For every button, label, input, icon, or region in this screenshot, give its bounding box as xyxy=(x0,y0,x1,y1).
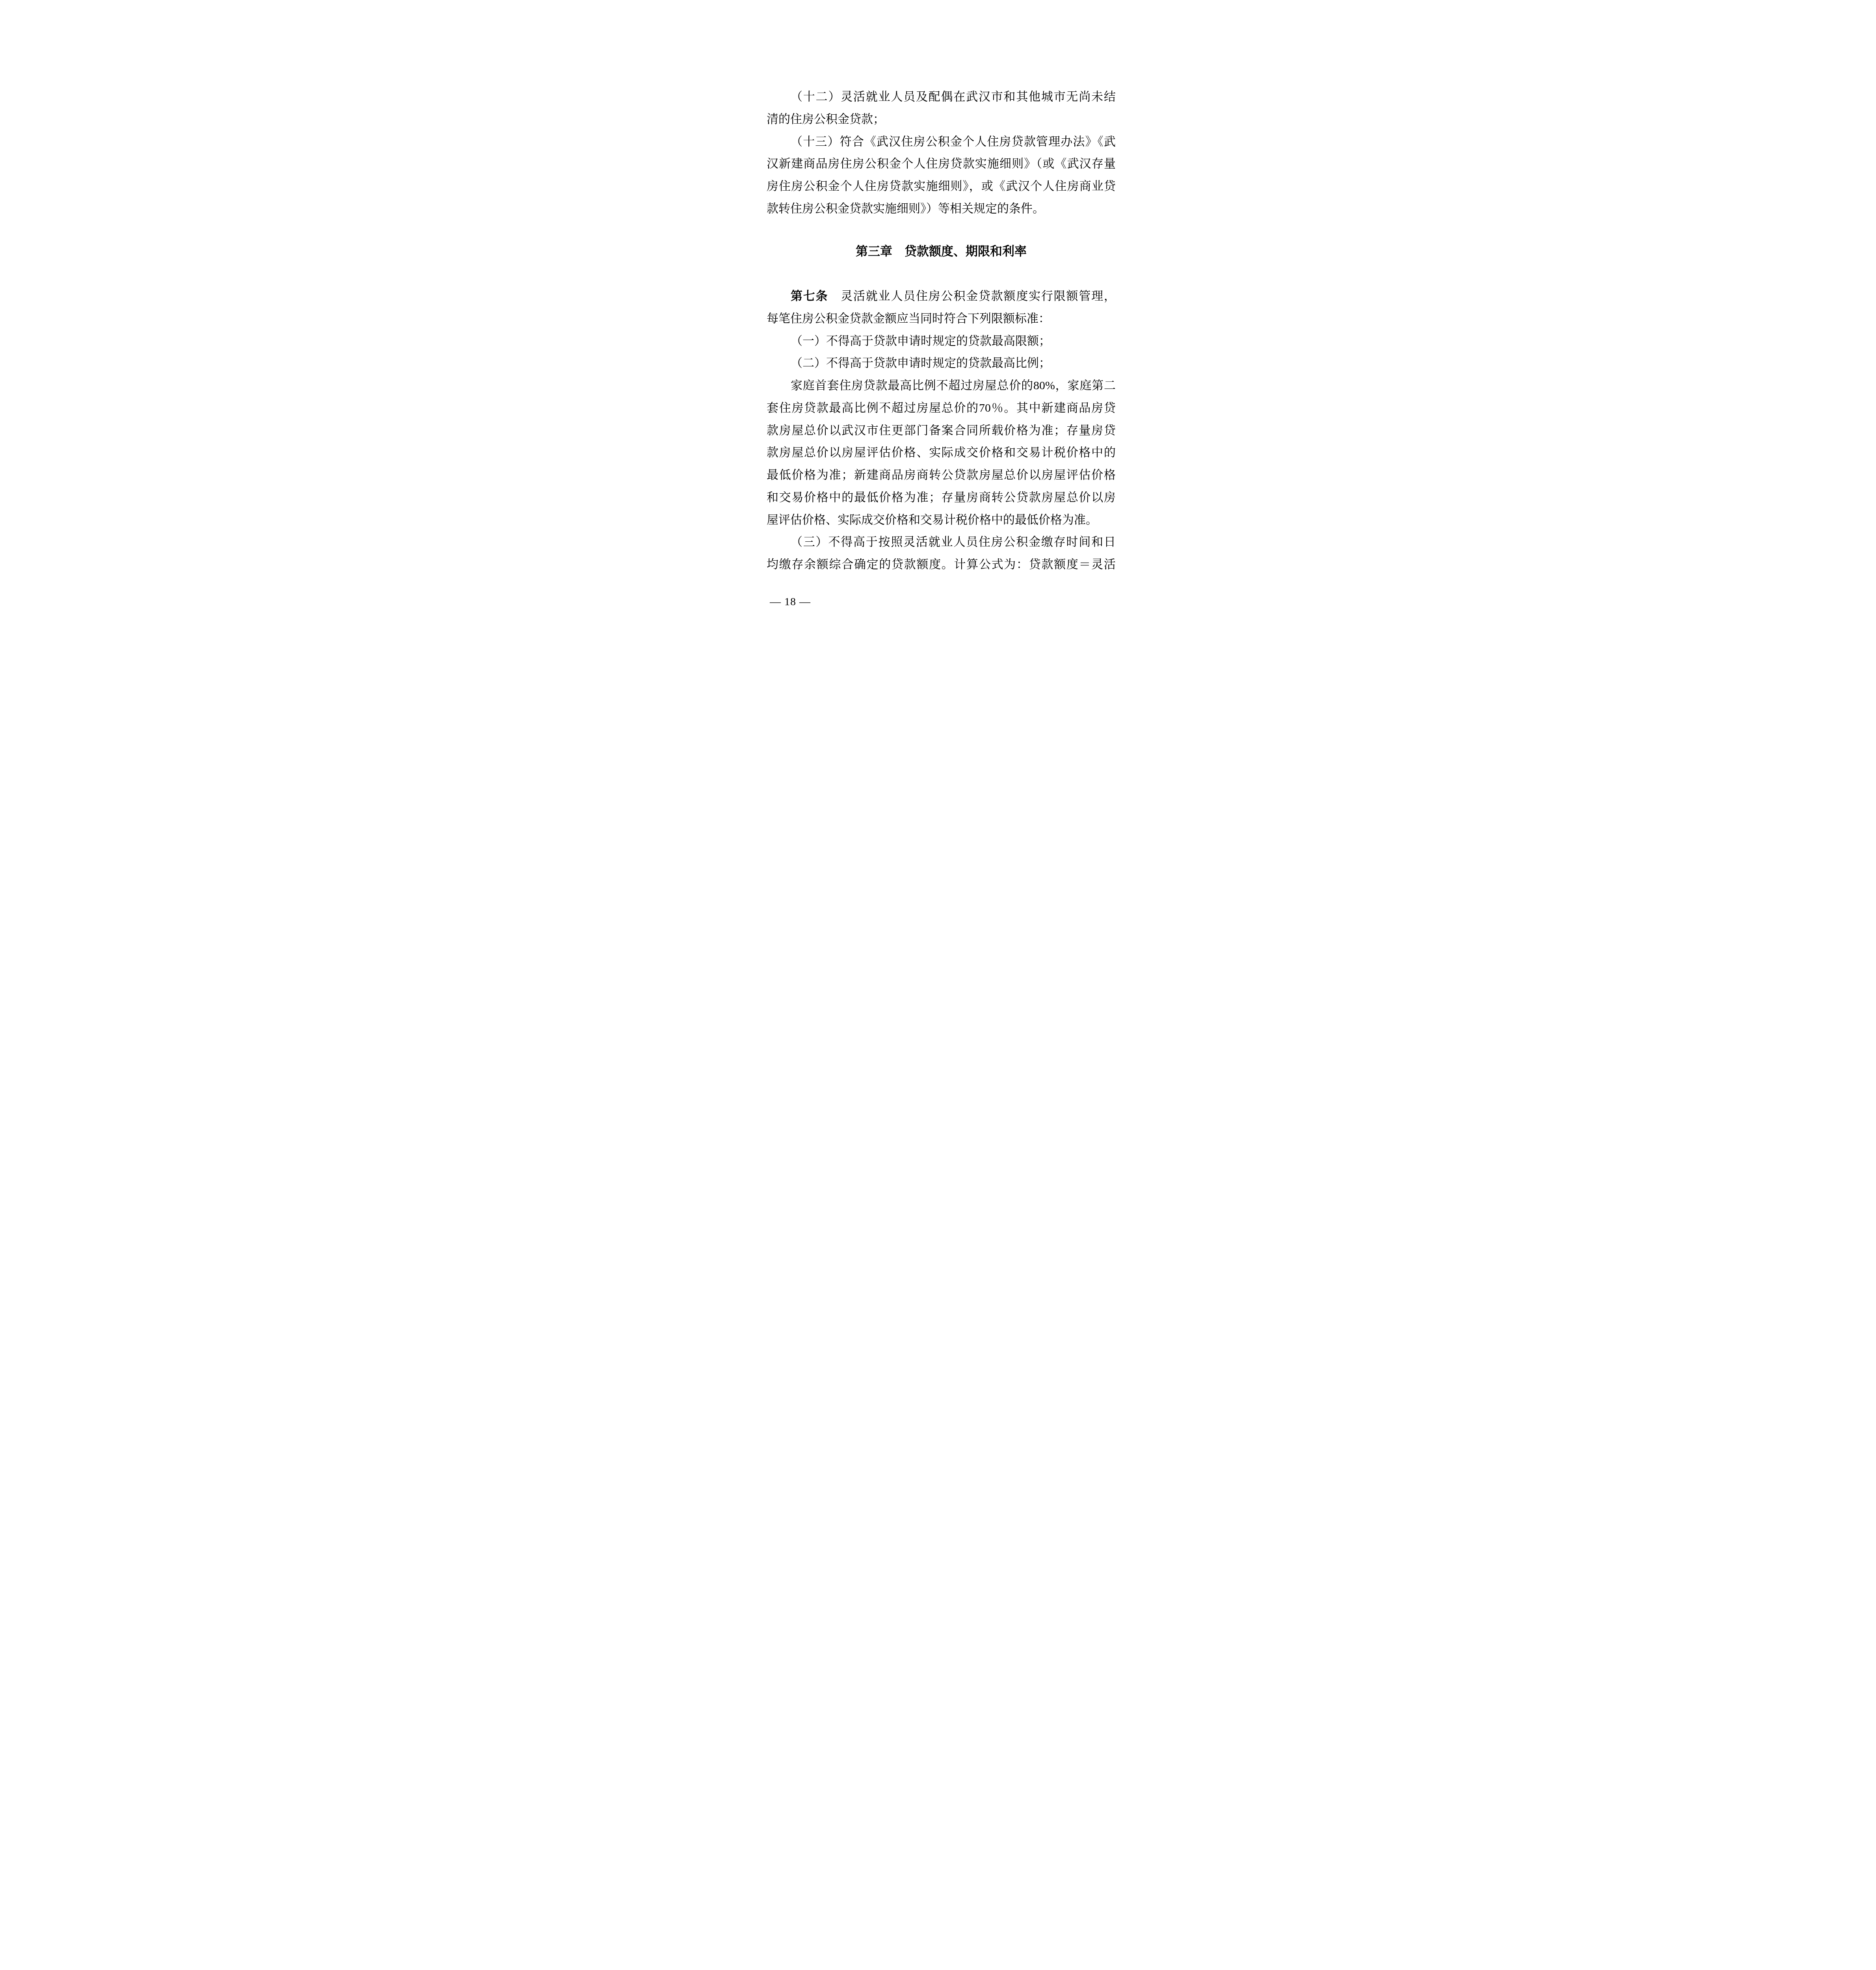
line-text: 汉新建商品房住房公积金个人住房贷款实施细则》（或《武汉存量 xyxy=(767,157,1116,170)
document-line: （十二）灵活就业人员及配偶在武汉市和其他城市无尚未结 xyxy=(767,86,1116,108)
document-line: 和交易价格中的最低价格为准；存量房商转公贷款房屋总价以房 xyxy=(767,487,1116,509)
paragraph-block-upper: （十二）灵活就业人员及配偶在武汉市和其他城市无尚未结清的住房公积金贷款；（十三）… xyxy=(767,86,1116,220)
document-line: 款房屋总价以武汉市住更部门备案合同所载价格为准；存量房贷 xyxy=(767,420,1116,442)
chapter-heading: 第三章 贷款额度、期限和利率 xyxy=(767,240,1116,262)
document-line: 家庭首套住房贷款最高比例不超过房屋总价的80%，家庭第二 xyxy=(767,375,1116,397)
line-text: 款房屋总价以武汉市住更部门备案合同所载价格为准；存量房贷 xyxy=(767,424,1116,437)
document-line: （二）不得高于贷款申请时规定的贷款最高比例； xyxy=(767,352,1116,375)
page-number-text: — 18 — xyxy=(770,596,811,608)
line-text: （二）不得高于贷款申请时规定的贷款最高比例； xyxy=(791,357,1051,370)
document-line: 汉新建商品房住房公积金个人住房贷款实施细则》（或《武汉存量 xyxy=(767,153,1116,175)
line-text: （十三）符合《武汉住房公积金个人住房贷款管理办法》《武 xyxy=(791,135,1116,148)
document-line: 套住房贷款最高比例不超过房屋总价的70％。其中新建商品房贷 xyxy=(767,397,1116,420)
chapter-heading-separator xyxy=(892,244,905,258)
article-number-label: 第七条 xyxy=(791,290,828,303)
document-line: 房住房公积金个人住房贷款实施细则》，或《武汉个人住房商业贷 xyxy=(767,175,1116,198)
line-text: 套住房贷款最高比例不超过房屋总价的70％。其中新建商品房贷 xyxy=(767,401,1116,414)
document-line: 款房屋总价以房屋评估价格、实际成交价格和交易计税价格中的 xyxy=(767,442,1116,464)
line-text: 屋评估价格、实际成交价格和交易计税价格中的最低价格为准。 xyxy=(767,513,1098,526)
document-line: 每笔住房公积金贷款金额应当同时符合下列限额标准： xyxy=(767,308,1116,330)
document-line: 最低价格为准；新建商品房商转公贷款房屋总价以房屋评估价格 xyxy=(767,464,1116,487)
line-text: 房住房公积金个人住房贷款实施细则》，或《武汉个人住房商业贷 xyxy=(767,180,1116,193)
page-number: — 18 — xyxy=(770,596,811,608)
document-line: 清的住房公积金贷款； xyxy=(767,108,1116,131)
line-text: 每笔住房公积金贷款金额应当同时符合下列限额标准： xyxy=(767,312,1050,325)
line-text: 和交易价格中的最低价格为准；存量房商转公贷款房屋总价以房 xyxy=(767,491,1116,504)
document-line: （三）不得高于按照灵活就业人员住房公积金缴存时间和日 xyxy=(767,531,1116,554)
document-line: （十三）符合《武汉住房公积金个人住房贷款管理办法》《武 xyxy=(767,131,1116,153)
line-text: 家庭首套住房贷款最高比例不超过房屋总价的80%，家庭第二 xyxy=(791,379,1116,392)
document-line: 屋评估价格、实际成交价格和交易计税价格中的最低价格为准。 xyxy=(767,509,1116,532)
line-text: 均缴存余额综合确定的贷款额度。计算公式为：贷款额度＝灵活 xyxy=(767,558,1116,571)
line-text: （三）不得高于按照灵活就业人员住房公积金缴存时间和日 xyxy=(791,535,1116,548)
document-page: （十二）灵活就业人员及配偶在武汉市和其他城市无尚未结清的住房公积金贷款；（十三）… xyxy=(704,0,1172,663)
line-text: 款房屋总价以房屋评估价格、实际成交价格和交易计税价格中的 xyxy=(767,446,1116,459)
line-text: 灵活就业人员住房公积金贷款额度实行限额管理， xyxy=(828,290,1116,303)
chapter-title: 贷款额度、期限和利率 xyxy=(905,244,1027,258)
document-line: 第七条 灵活就业人员住房公积金贷款额度实行限额管理， xyxy=(767,285,1116,308)
document-line: 款转住房公积金贷款实施细则》）等相关规定的条件。 xyxy=(767,198,1116,220)
line-text: （一）不得高于贷款申请时规定的贷款最高限额； xyxy=(791,335,1051,348)
document-line: （一）不得高于贷款申请时规定的贷款最高限额； xyxy=(767,330,1116,353)
line-text: 清的住房公积金贷款； xyxy=(767,113,885,126)
chapter-number: 第三章 xyxy=(856,244,892,258)
paragraph-block-lower: 第七条 灵活就业人员住房公积金贷款额度实行限额管理，每笔住房公积金贷款金额应当同… xyxy=(767,285,1116,576)
line-text: 款转住房公积金贷款实施细则》）等相关规定的条件。 xyxy=(767,202,1044,215)
document-line: 均缴存余额综合确定的贷款额度。计算公式为：贷款额度＝灵活 xyxy=(767,554,1116,576)
line-text: 最低价格为准；新建商品房商转公贷款房屋总价以房屋评估价格 xyxy=(767,468,1116,481)
line-text: （十二）灵活就业人员及配偶在武汉市和其他城市无尚未结 xyxy=(791,90,1116,103)
